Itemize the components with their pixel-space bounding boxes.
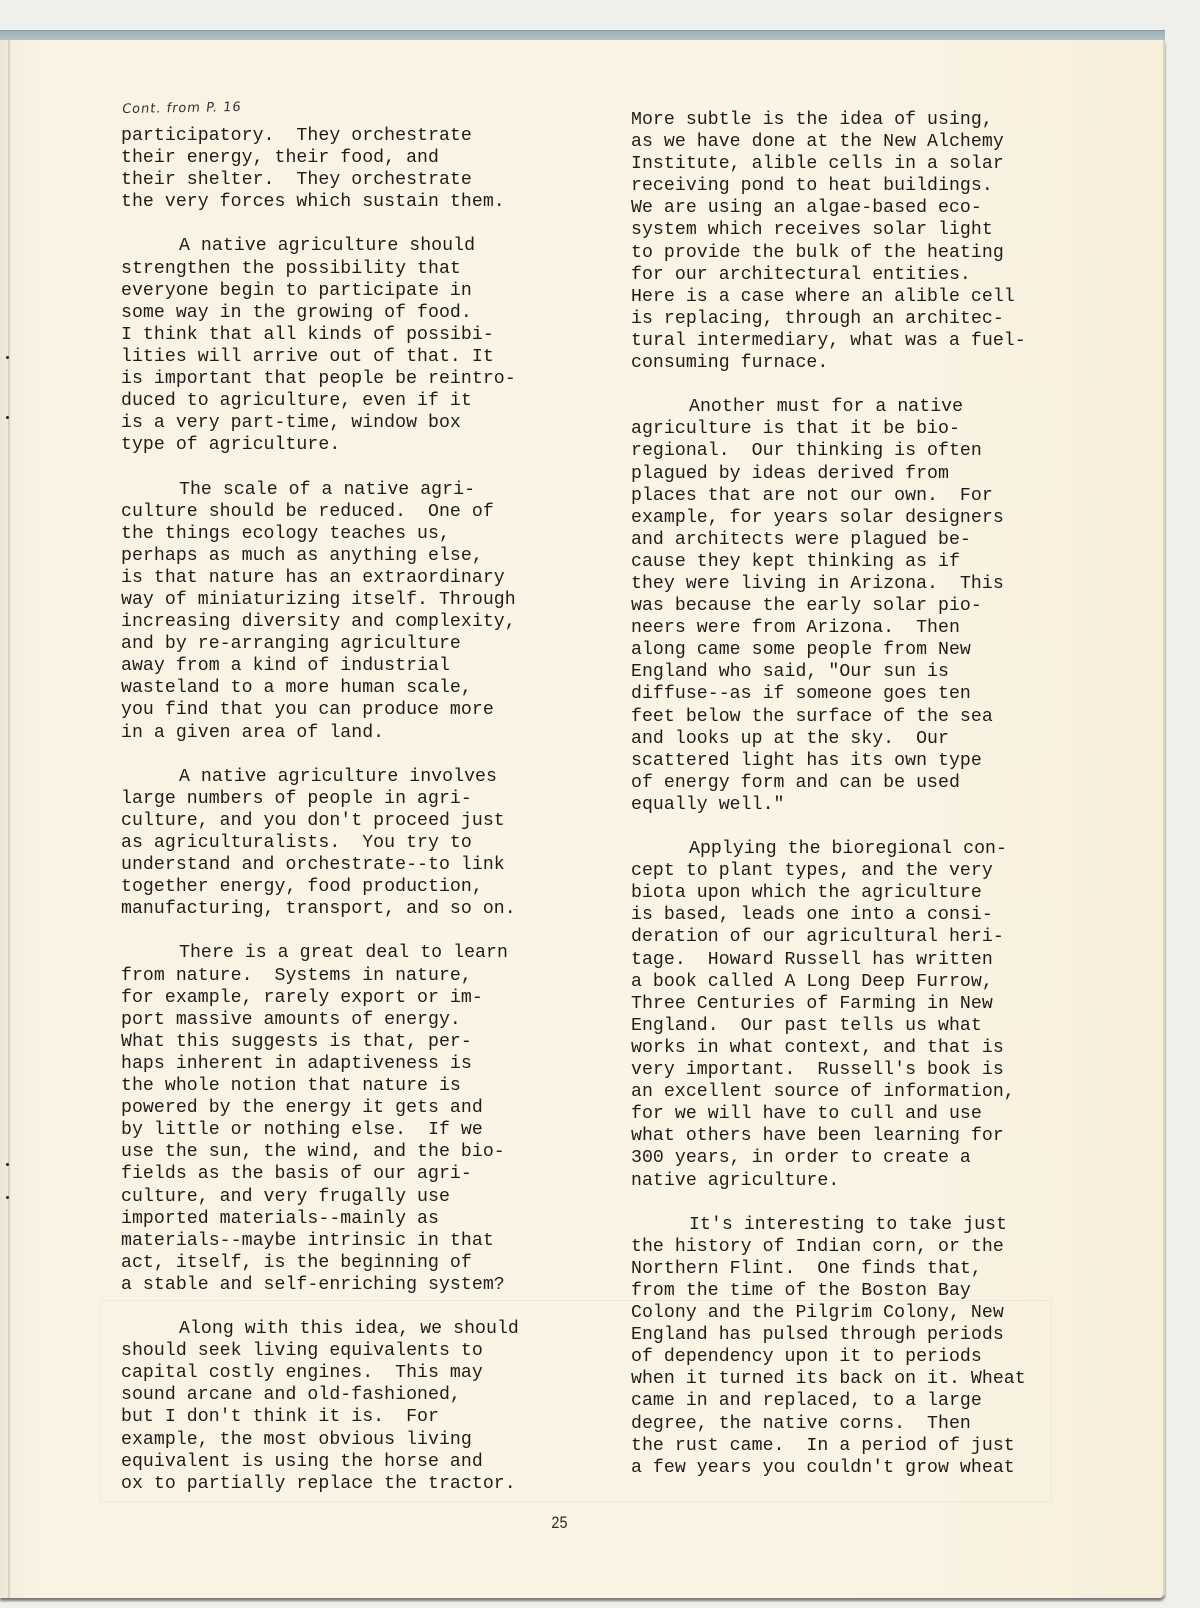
text-line: for example, rarely export or im- [121,987,519,1009]
text-line: I think that all kinds of possibi- [121,324,519,346]
text-line: ox to partially replace the tractor. [121,1473,519,1495]
paragraph: More subtle is the idea of using,as we h… [631,109,1026,374]
text-line: lities will arrive out of that. It [121,346,519,368]
text-line: you find that you can produce more [121,699,519,721]
text-line: should seek living equivalents to [121,1340,519,1362]
text-line: system which receives solar light [631,219,1026,241]
paragraph-gap [121,920,519,942]
text-line: their energy, their food, and [121,147,519,169]
text-line: for our architectural entities. [631,264,1026,286]
text-line: is replacing, through an architec- [631,308,1026,330]
text-line: Colony and the Pilgrim Colony, New [631,1302,1026,1324]
text-line: places that are not our own. For [631,485,1026,507]
text-line: for we will have to cull and use [631,1103,1026,1125]
text-line: an excellent source of information, [631,1081,1026,1103]
text-line: feet below the surface of the sea [631,706,1026,728]
text-line: a book called A Long Deep Furrow, [631,971,1026,993]
text-line: as agriculturalists. You try to [121,832,519,854]
text-line: some way in the growing of food. [121,302,519,324]
page-number: 25 [551,1513,567,1533]
text-line: materials--maybe intrinsic in that [121,1230,519,1252]
text-line: culture, and you don't proceed just [121,810,519,832]
text-line: understand and orchestrate--to link [121,854,519,876]
text-line: cause they kept thinking as if [631,551,1026,573]
text-line: A native agriculture should [121,235,519,257]
text-line: increasing diversity and complexity, [121,611,519,633]
text-line: consuming furnace. [631,352,1026,374]
text-line: strengthen the possibility that [121,258,519,280]
text-line: It's interesting to take just [631,1214,1026,1236]
paragraph-gap [631,1192,1026,1214]
text-line: away from a kind of industrial [121,655,519,677]
text-line: act, itself, is the beginning of [121,1252,519,1274]
text-line: biota upon which the agriculture [631,882,1026,904]
text-line: culture should be reduced. One of [121,501,519,523]
text-line: cept to plant types, and the very [631,860,1026,882]
text-line: works in what context, and that is [631,1037,1026,1059]
text-line: and by re-arranging agriculture [121,633,519,655]
text-line: the whole notion that nature is [121,1075,519,1097]
text-line: large numbers of people in agri- [121,788,519,810]
text-line: is based, leads one into a consi- [631,904,1026,926]
text-line: and looks up at the sky. Our [631,728,1026,750]
text-line: capital costly engines. This may [121,1362,519,1384]
text-line: their shelter. They orchestrate [121,169,519,191]
paragraph-gap [121,213,519,235]
text-line: deration of our agricultural heri- [631,926,1026,948]
text-line: agriculture is that it be bio- [631,418,1026,440]
text-line: but I don't think it is. For [121,1406,519,1428]
right-column: More subtle is the idea of using,as we h… [631,109,1026,1479]
text-line: Institute, alible cells in a solar [631,153,1026,175]
binding-mark [6,1163,9,1166]
text-line: plagued by ideas derived from [631,463,1026,485]
text-line: Three Centuries of Farming in New [631,993,1026,1015]
text-line: is that nature has an extraordinary [121,567,519,589]
text-line: England has pulsed through periods [631,1324,1026,1346]
handwritten-note: Cont. from P. 16 [121,100,242,117]
paragraph-gap [121,1296,519,1318]
paragraph-gap [121,456,519,478]
paragraph: A native agriculture involveslarge numbe… [121,766,519,921]
text-line: of energy form and can be used [631,772,1026,794]
text-line: A native agriculture involves [121,766,519,788]
text-line: England who said, "Our sun is [631,661,1026,683]
text-line: came in and replaced, to a large [631,1390,1026,1412]
text-line: More subtle is the idea of using, [631,109,1026,131]
text-line: everyone begin to participate in [121,280,519,302]
text-line: manufacturing, transport, and so on. [121,898,519,920]
text-line: England. Our past tells us what [631,1015,1026,1037]
text-line: native agriculture. [631,1170,1026,1192]
text-line: equivalent is using the horse and [121,1451,519,1473]
text-line: use the sun, the wind, and the bio- [121,1141,519,1163]
text-line: what others have been learning for [631,1125,1026,1147]
paragraph: It's interesting to take justthe history… [631,1214,1026,1479]
text-line: the history of Indian corn, or the [631,1236,1026,1258]
text-line: Here is a case where an alible cell [631,286,1026,308]
text-line: Northern Flint. One finds that, [631,1258,1026,1280]
text-line: is a very part-time, window box [121,412,519,434]
text-line: neers were from Arizona. Then [631,617,1026,639]
text-line: tural intermediary, what was a fuel- [631,330,1026,352]
text-line: powered by the energy it gets and [121,1097,519,1119]
text-line: wasteland to a more human scale, [121,677,519,699]
text-line: perhaps as much as anything else, [121,545,519,567]
paragraph: Applying the bioregional con-cept to pla… [631,838,1026,1192]
scanned-page-background: Cont. from P. 16 participatory. They orc… [0,0,1200,1608]
text-line: sound arcane and old-fashioned, [121,1384,519,1406]
text-line: haps inherent in adaptiveness is [121,1053,519,1075]
text-line: to provide the bulk of the heating [631,242,1026,264]
paragraph: There is a great deal to learnfrom natur… [121,942,519,1296]
text-line: when it turned its back on it. Wheat [631,1368,1026,1390]
text-line: the very forces which sustain them. [121,191,519,213]
paragraph-gap [121,744,519,766]
text-line: port massive amounts of energy. [121,1009,519,1031]
text-line: There is a great deal to learn [121,942,519,964]
paragraph: A native agriculture shouldstrengthen th… [121,235,519,456]
text-line: and architects were plagued be- [631,529,1026,551]
text-line: together energy, food production, [121,876,519,898]
text-line: by little or nothing else. If we [121,1119,519,1141]
text-line: What this suggests is that, per- [121,1031,519,1053]
text-line: We are using an algae-based eco- [631,197,1026,219]
text-line: Another must for a native [631,396,1026,418]
text-line: in a given area of land. [121,722,519,744]
text-line: Along with this idea, we should [121,1318,519,1340]
paragraph: participatory. They orchestratetheir ene… [121,125,519,213]
paragraph-gap [631,816,1026,838]
text-line: imported materials--mainly as [121,1208,519,1230]
text-line: from the time of the Boston Bay [631,1280,1026,1302]
text-line: the things ecology teaches us, [121,523,519,545]
text-line: way of miniaturizing itself. Through [121,589,519,611]
text-line: participatory. They orchestrate [121,125,519,147]
text-line: degree, the native corns. Then [631,1413,1026,1435]
binding-mark [6,416,9,419]
text-line: very important. Russell's book is [631,1059,1026,1081]
text-line: the rust came. In a period of just [631,1435,1026,1457]
paragraph-gap [631,374,1026,396]
text-line: receiving pond to heat buildings. [631,175,1026,197]
left-column: participatory. They orchestratetheir ene… [121,125,519,1495]
text-line: is important that people be reintro- [121,368,519,390]
text-line: tage. Howard Russell has written [631,949,1026,971]
text-line: as we have done at the New Alchemy [631,131,1026,153]
text-line: The scale of a native agri- [121,479,519,501]
paragraph: Along with this idea, we shouldshould se… [121,1318,519,1495]
paragraph: The scale of a native agri-culture shoul… [121,479,519,744]
paragraph: Another must for a nativeagriculture is … [631,396,1026,816]
text-line: a stable and self-enriching system? [121,1274,519,1296]
text-line: scattered light has its own type [631,750,1026,772]
text-line: Applying the bioregional con- [631,838,1026,860]
text-line: along came some people from New [631,639,1026,661]
text-line: example, the most obvious living [121,1429,519,1451]
text-line: example, for years solar designers [631,507,1026,529]
binding-mark [6,1196,9,1199]
text-line: type of agriculture. [121,434,519,456]
binding-mark [6,356,9,359]
text-line: equally well." [631,794,1026,816]
text-line: was because the early solar pio- [631,595,1026,617]
text-line: fields as the basis of our agri- [121,1163,519,1185]
text-line: from nature. Systems in nature, [121,965,519,987]
text-line: of dependency upon it to periods [631,1346,1026,1368]
text-line: 300 years, in order to create a [631,1147,1026,1169]
text-line: a few years you couldn't grow wheat [631,1457,1026,1479]
text-line: they were living in Arizona. This [631,573,1026,595]
text-line: diffuse--as if someone goes ten [631,683,1026,705]
text-line: duced to agriculture, even if it [121,390,519,412]
text-line: regional. Our thinking is often [631,440,1026,462]
text-line: culture, and very frugally use [121,1186,519,1208]
